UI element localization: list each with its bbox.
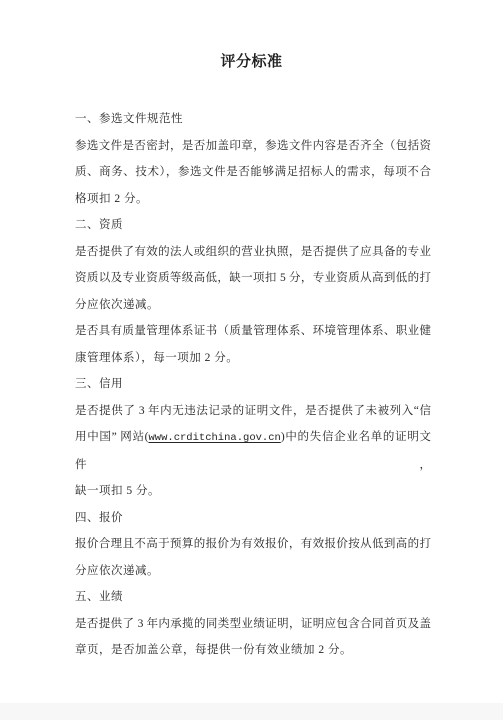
text-line: 章页，是否加盖公章，每提供一份有效业绩加 2 分。 [75,637,431,664]
text-segment: 用中国” 网站( [75,431,149,443]
document-title: 评分标准 [0,0,503,72]
text-line: 分应依次递减。 [75,558,431,585]
text-line: 参选文件是否密封，是否加盖印章，参选文件内容是否齐全（包括资 [75,133,431,160]
text-line: 康管理体系），每一项加 2 分。 [75,345,431,372]
text-line: 是否提供了有效的法人或组织的营业执照，是否提供了应具备的专业 [75,239,431,266]
text-line: 是否具有质量管理体系证书（质量管理体系、环境管理体系、职业健 [75,318,431,345]
text-line: 缺一项扣 5 分。 [75,478,431,505]
text-line: 资质以及专业资质等级高低，缺一项扣 5 分，专业资质从高到低的打 [75,265,431,292]
section-heading-4: 四、报价 [75,505,431,532]
section-heading-3: 三、信用 [75,371,431,398]
page-gap [0,703,503,720]
section-heading-5: 五、业绩 [75,584,431,611]
section-heading-1: 一、参选文件规范性 [75,106,431,133]
text-line: 质、商务、技术），参选文件是否能够满足招标人的需求，每项不合 [75,159,431,186]
text-line: 分应依次递减。 [75,292,431,319]
credit-china-link[interactable]: www.crditchina.gov.cn [149,432,281,444]
section-heading-2: 二、资质 [75,212,431,239]
text-line: 是否提供了 3 年内无违法记录的证明文件，是否提供了未被列入“信 [75,398,431,425]
text-line: 用中国” 网站(www.crditchina.gov.cn)中的失信企业名单的证… [75,424,431,478]
text-line: 报价合理且不高于预算的报价为有效报价，有效报价按从低到高的打 [75,531,431,558]
text-line: 是否提供了 3 年内承揽的同类型业绩证明，证明应包含合同首页及盖 [75,611,431,638]
document-page: 评分标准 一、参选文件规范性参选文件是否密封，是否加盖印章，参选文件内容是否齐全… [0,0,503,703]
text-line: 格项扣 2 分。 [75,186,431,213]
document-body: 一、参选文件规范性参选文件是否密封，是否加盖印章，参选文件内容是否齐全（包括资质… [75,106,431,664]
